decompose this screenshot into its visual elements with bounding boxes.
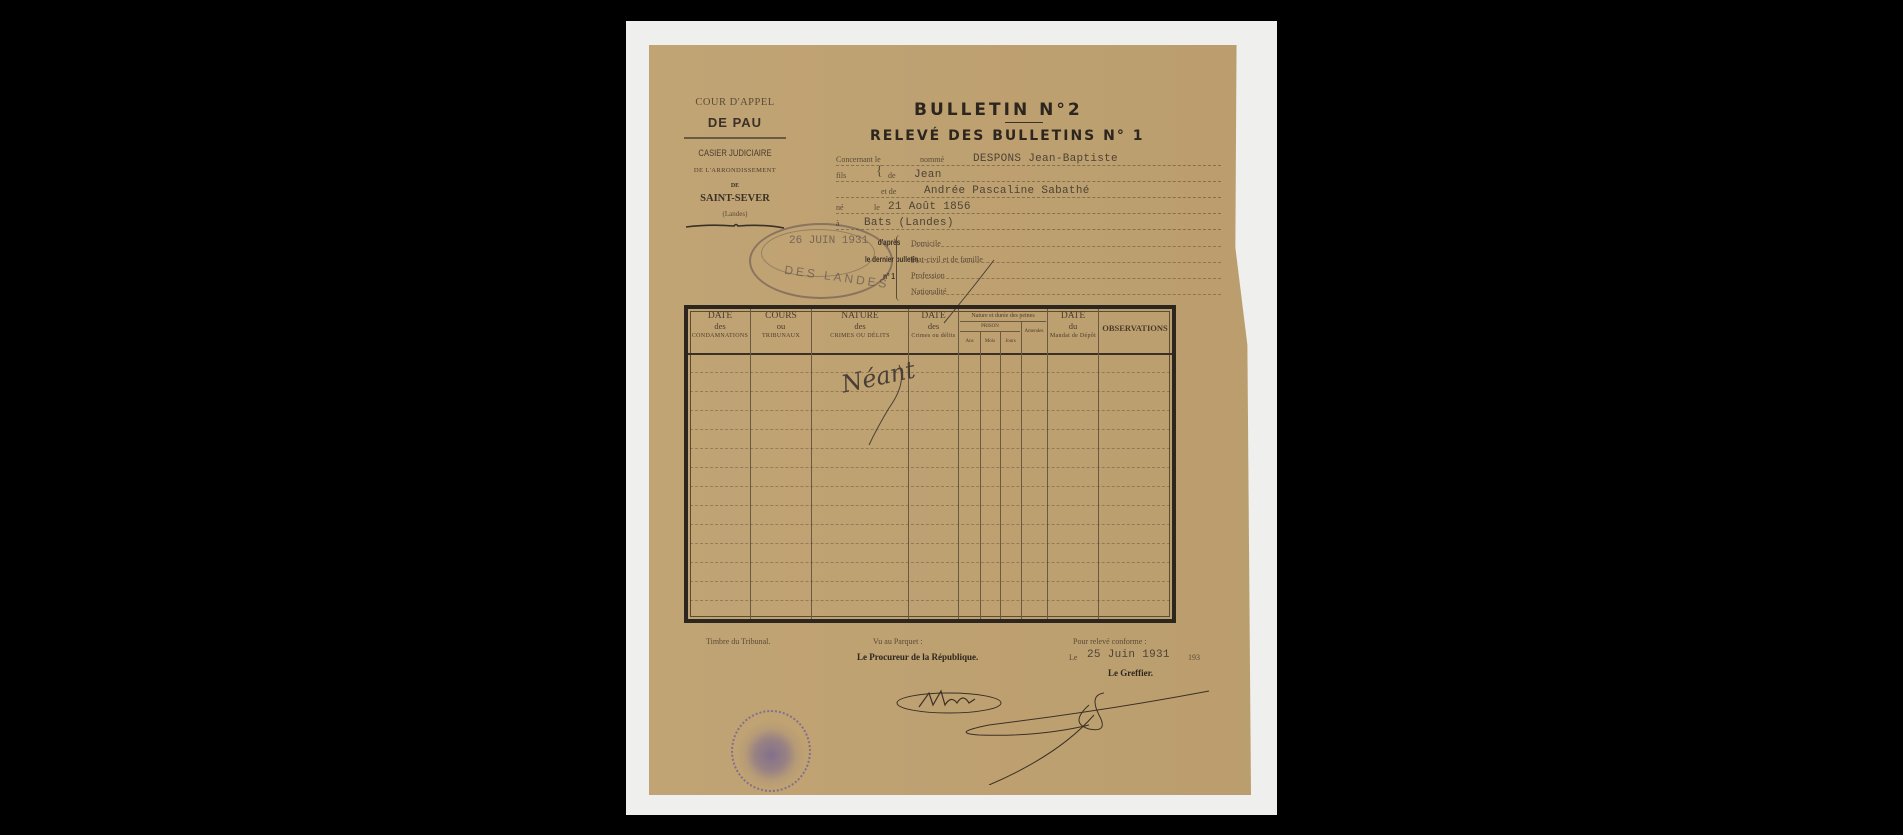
header-jours: Jours (1000, 337, 1021, 347)
district-de: DE (684, 183, 786, 189)
field-birth-date: né le 21 Août 1856 (836, 199, 1221, 214)
field-father: fils de Jean (836, 167, 1221, 182)
document-subtitle: RELEVÉ DES BULLETINS N° 1 (870, 128, 1144, 144)
title-rule (1005, 122, 1043, 123)
table-row (690, 448, 1170, 449)
convictions-table: DATEdesCONDAMNATIONS COURSouTRIBUNAUX NA… (684, 305, 1176, 623)
table-row (690, 543, 1170, 544)
vu-parquet-label: Vu au Parquet : (873, 637, 923, 646)
field-domicile: Domicile (911, 233, 1221, 247)
date-le-label: Le (1069, 653, 1077, 662)
brace-icon: { (876, 164, 883, 180)
office-label: CASIER JUDICIAIRE (692, 148, 779, 158)
table-row (690, 505, 1170, 506)
table-row (690, 410, 1170, 411)
header-nature: NATUREdesCRIMES OU DÉLITS (812, 311, 908, 341)
stamp-note-1: d'après (865, 238, 913, 247)
timbre-label: Timbre du Tribunal. (706, 637, 770, 646)
header-date-crimes: DATEdesCrimes ou délits (909, 311, 958, 341)
table-row (690, 600, 1170, 601)
year-prefix: 193 (1188, 653, 1200, 662)
greffier-signature (949, 685, 1219, 785)
header-rule (684, 137, 786, 141)
header-observations: OBSERVATIONS (1099, 323, 1171, 333)
document-page: COUR D'APPEL DE PAU CASIER JUDICIAIRE DE… (649, 45, 1251, 795)
stamp-date: 26 JUIN 1931 (789, 235, 868, 247)
header-amendes: Amendes (1021, 327, 1047, 337)
right-brace (896, 235, 903, 301)
table-row (690, 486, 1170, 487)
tribunal-seal (731, 710, 811, 792)
court-city: DE PAU (684, 115, 786, 130)
header-ans: Ans (959, 337, 980, 347)
header-prison: PRISON (959, 322, 1021, 332)
birth-date: 21 Août 1856 (888, 201, 971, 213)
table-row (690, 372, 1170, 373)
stamp-note-3: n° 1 (865, 272, 913, 281)
greffier-label: Le Greffier. (1108, 668, 1153, 678)
header-peines: Nature et durée des peines (959, 311, 1047, 321)
field-birth-place: à Bats (Landes) (836, 215, 1221, 230)
table-row (690, 467, 1170, 468)
procureur-label: Le Procureur de la République. (857, 652, 978, 662)
mother-name: Andrée Pascaline Sabathé (924, 185, 1090, 197)
pour-releve-label: Pour relevé conforme : (1073, 637, 1147, 646)
table-row (690, 391, 1170, 392)
field-mother: et de Andrée Pascaline Sabathé (836, 183, 1221, 198)
table-row (690, 562, 1170, 563)
header-date-condamnations: DATEdesCONDAMNATIONS (690, 311, 750, 341)
document-title: BULLETIN N°2 (914, 100, 1083, 120)
subject-name: DESPONS Jean-Baptiste (973, 153, 1118, 165)
district-prefix: DE L'ARRONDISSEMENT (684, 167, 786, 174)
department-label: (Landes) (684, 210, 786, 218)
flourish-ornament (684, 221, 786, 231)
header-cours: COURSouTRIBUNAUX (751, 311, 811, 341)
table-row (690, 429, 1170, 430)
header-mois: Mois (980, 337, 1000, 347)
father-name: Jean (914, 169, 942, 181)
neant-stroke (859, 363, 909, 448)
district-name: SAINT-SEVER (684, 193, 786, 204)
court-label: COUR D'APPEL (684, 97, 786, 108)
table-row (690, 524, 1170, 525)
stamp-note-2: le dernier bulletin (865, 255, 913, 264)
header-date-mandat: DATEduMandat de Dépôt (1048, 311, 1098, 341)
field-concernant: Concernant le nommé DESPONS Jean-Baptist… (836, 151, 1221, 166)
table-row (690, 581, 1170, 582)
birth-place: Bats (Landes) (864, 217, 954, 229)
